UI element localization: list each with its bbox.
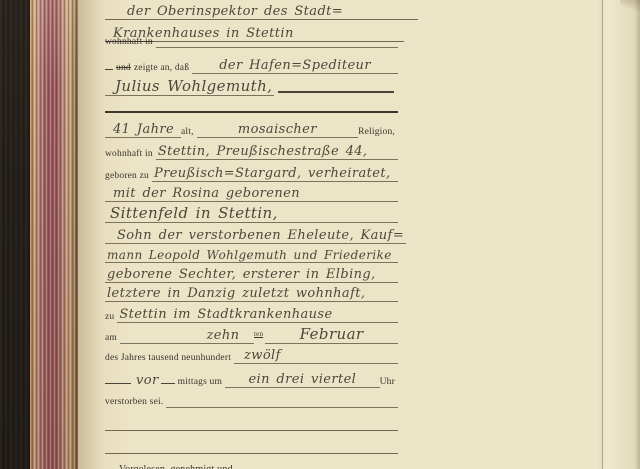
form-blank-line-2 — [105, 438, 398, 454]
printed-label-struck: und — [116, 63, 134, 74]
ruled-blank: ein drei viertel — [225, 373, 380, 388]
ruled-blank — [156, 41, 398, 48]
corner-shadow — [620, 0, 640, 12]
ruled-blank: zwölf — [234, 349, 398, 364]
printed-label: zeigte an, daß — [134, 63, 192, 74]
ruled-blank: mit der Rosina geborenen — [105, 187, 398, 202]
ruled-blank: mosaischer — [197, 123, 358, 138]
handwritten-entry: mosaischer — [236, 123, 319, 137]
ruled-blank: Stettin, Preußischestraße 44, — [156, 145, 398, 160]
handwritten-entry: geborene Sechter, ersterer in Elbing, — [105, 268, 378, 282]
printed-label: mittags um — [178, 377, 226, 388]
printed-label: Vorgelesen, genehmigt und — [119, 464, 236, 469]
ruled-blank — [120, 337, 192, 344]
ruled-blank: geborene Sechter, ersterer in Elbing, — [105, 268, 398, 283]
form-line-death-year: des Jahres tausend neunhundert zwölf — [105, 345, 398, 364]
handwritten-entry: der Hafen=Spediteur — [217, 59, 373, 73]
section-divider-line — [105, 111, 398, 113]
printed-label: geboren zu — [105, 171, 152, 182]
form-line-parents-1: Sohn der verstorbenen Eheleute, Kauf= — [105, 224, 398, 244]
ruled-blank — [166, 401, 398, 408]
handwritten-entry: zwölf — [242, 349, 283, 363]
printed-label: am — [105, 333, 120, 344]
printed-label: alt, — [181, 127, 197, 138]
handwritten-entry: zehn — [205, 329, 242, 343]
form-line-parents-4: letztere in Danzig zuletzt wohnhaft, — [105, 283, 398, 302]
pen-dash — [105, 382, 131, 384]
handwritten-entry: Stettin im Stadtkrankenhause — [117, 308, 334, 322]
handwritten-entry: ein drei viertel — [246, 373, 358, 387]
printed-label-superscript: ten — [254, 330, 265, 344]
handwritten-entry: mit der Rosina geborenen — [111, 187, 302, 201]
handwritten-entry: Sittenfeld in Stettin, — [108, 206, 280, 222]
next-page-edge — [603, 0, 640, 469]
form-line-deceased-statement: verstorben sei. — [105, 392, 398, 408]
ruled-blank: Julius Wohlgemuth, — [105, 79, 274, 96]
handwritten-entry: Preußisch=Stargard, verheiratet, — [152, 167, 393, 181]
form-line-deceased-name: Julius Wohlgemuth, — [105, 78, 398, 96]
form-line-spouse-2: Sittenfeld in Stettin, — [105, 203, 398, 223]
form-line-spouse-1: mit der Rosina geborenen — [105, 183, 398, 202]
handwritten-entry: Februar — [298, 327, 366, 343]
printed-label: zu — [105, 312, 117, 323]
form-line-death-time: vor mittags um ein drei viertel Uhr — [105, 368, 398, 388]
form-line-death-place: zu Stettin im Stadtkrankenhause — [105, 303, 398, 323]
handwritten-entry: 41 Jahre — [111, 123, 176, 137]
ruled-blank: Februar — [265, 327, 398, 344]
book-binding — [0, 0, 30, 469]
handwritten-entry: mann Leopold Wohlgemuth und Friederike — [105, 249, 394, 262]
printed-label: des Jahres tausend neunhundert — [105, 353, 234, 364]
ruled-blank: letztere in Danzig zuletzt wohnhaft, — [105, 287, 398, 302]
page-gutter-shadow — [78, 0, 104, 469]
printed-label-struck: wohnhaft in — [105, 37, 156, 48]
pen-dash — [161, 382, 175, 384]
document-page: der Oberinspektor des Stadt= Krankenhaus… — [78, 0, 640, 469]
form-line-declarant-1: der Oberinspektor des Stadt= — [105, 1, 418, 20]
ruled-blank: Sohn der verstorbenen Eheleute, Kauf= — [105, 229, 406, 244]
printed-label: verstorben sei. — [105, 397, 166, 408]
form-line-notified: und zeigte an, daß der Hafen=Spediteur — [105, 56, 398, 74]
ruled-blank: Sittenfeld in Stettin, — [105, 206, 398, 223]
handwritten-entry: vor — [134, 374, 161, 388]
printed-label: Religion, — [358, 127, 398, 138]
handwritten-entry: letztere in Danzig zuletzt wohnhaft, — [105, 287, 367, 301]
printed-label: Uhr — [380, 377, 398, 388]
form-line-residence-struck: wohnhaft in — [105, 34, 398, 48]
form-line-closing-partial: Vorgelesen, genehmigt und — [105, 462, 412, 469]
death-record-form: der Oberinspektor des Stadt= Krankenhaus… — [105, 0, 398, 469]
handwritten-entry: der Oberinspektor des Stadt= — [125, 5, 345, 19]
form-line-age-religion: 41 Jahre alt, mosaischer Religion, — [105, 119, 398, 138]
form-line-parents-2: mann Leopold Wohlgemuth und Friederike — [105, 244, 398, 263]
printed-label: wohnhaft in — [105, 149, 156, 160]
pen-dash — [105, 68, 113, 70]
form-line-parents-3: geborene Sechter, ersterer in Elbing, — [105, 263, 398, 283]
form-line-birthplace: geboren zu Preußisch=Stargard, verheirat… — [105, 163, 398, 182]
form-line-death-date: am zehn ten Februar — [105, 323, 398, 344]
form-line-residence: wohnhaft in Stettin, Preußischestraße 44… — [105, 141, 398, 160]
handwritten-entry: Julius Wohlgemuth, — [113, 79, 274, 95]
form-blank-line-1 — [105, 415, 398, 431]
ruled-blank: zehn — [192, 329, 254, 344]
ruled-blank: Preußisch=Stargard, verheiratet, — [152, 167, 398, 182]
handwritten-entry: Stettin, Preußischestraße 44, — [156, 145, 370, 159]
handwritten-entry: Sohn der verstorbenen Eheleute, Kauf= — [115, 229, 406, 243]
ruled-blank: 41 Jahre — [105, 123, 181, 138]
ruled-blank: Stettin im Stadtkrankenhause — [117, 308, 398, 323]
page-edge-stripes — [30, 0, 78, 469]
ruled-blank: der Hafen=Spediteur — [192, 59, 398, 74]
register-book-scan: der Oberinspektor des Stadt= Krankenhaus… — [0, 0, 640, 469]
ruled-blank: mann Leopold Wohlgemuth und Friederike — [105, 249, 398, 263]
pen-dash — [278, 89, 394, 93]
